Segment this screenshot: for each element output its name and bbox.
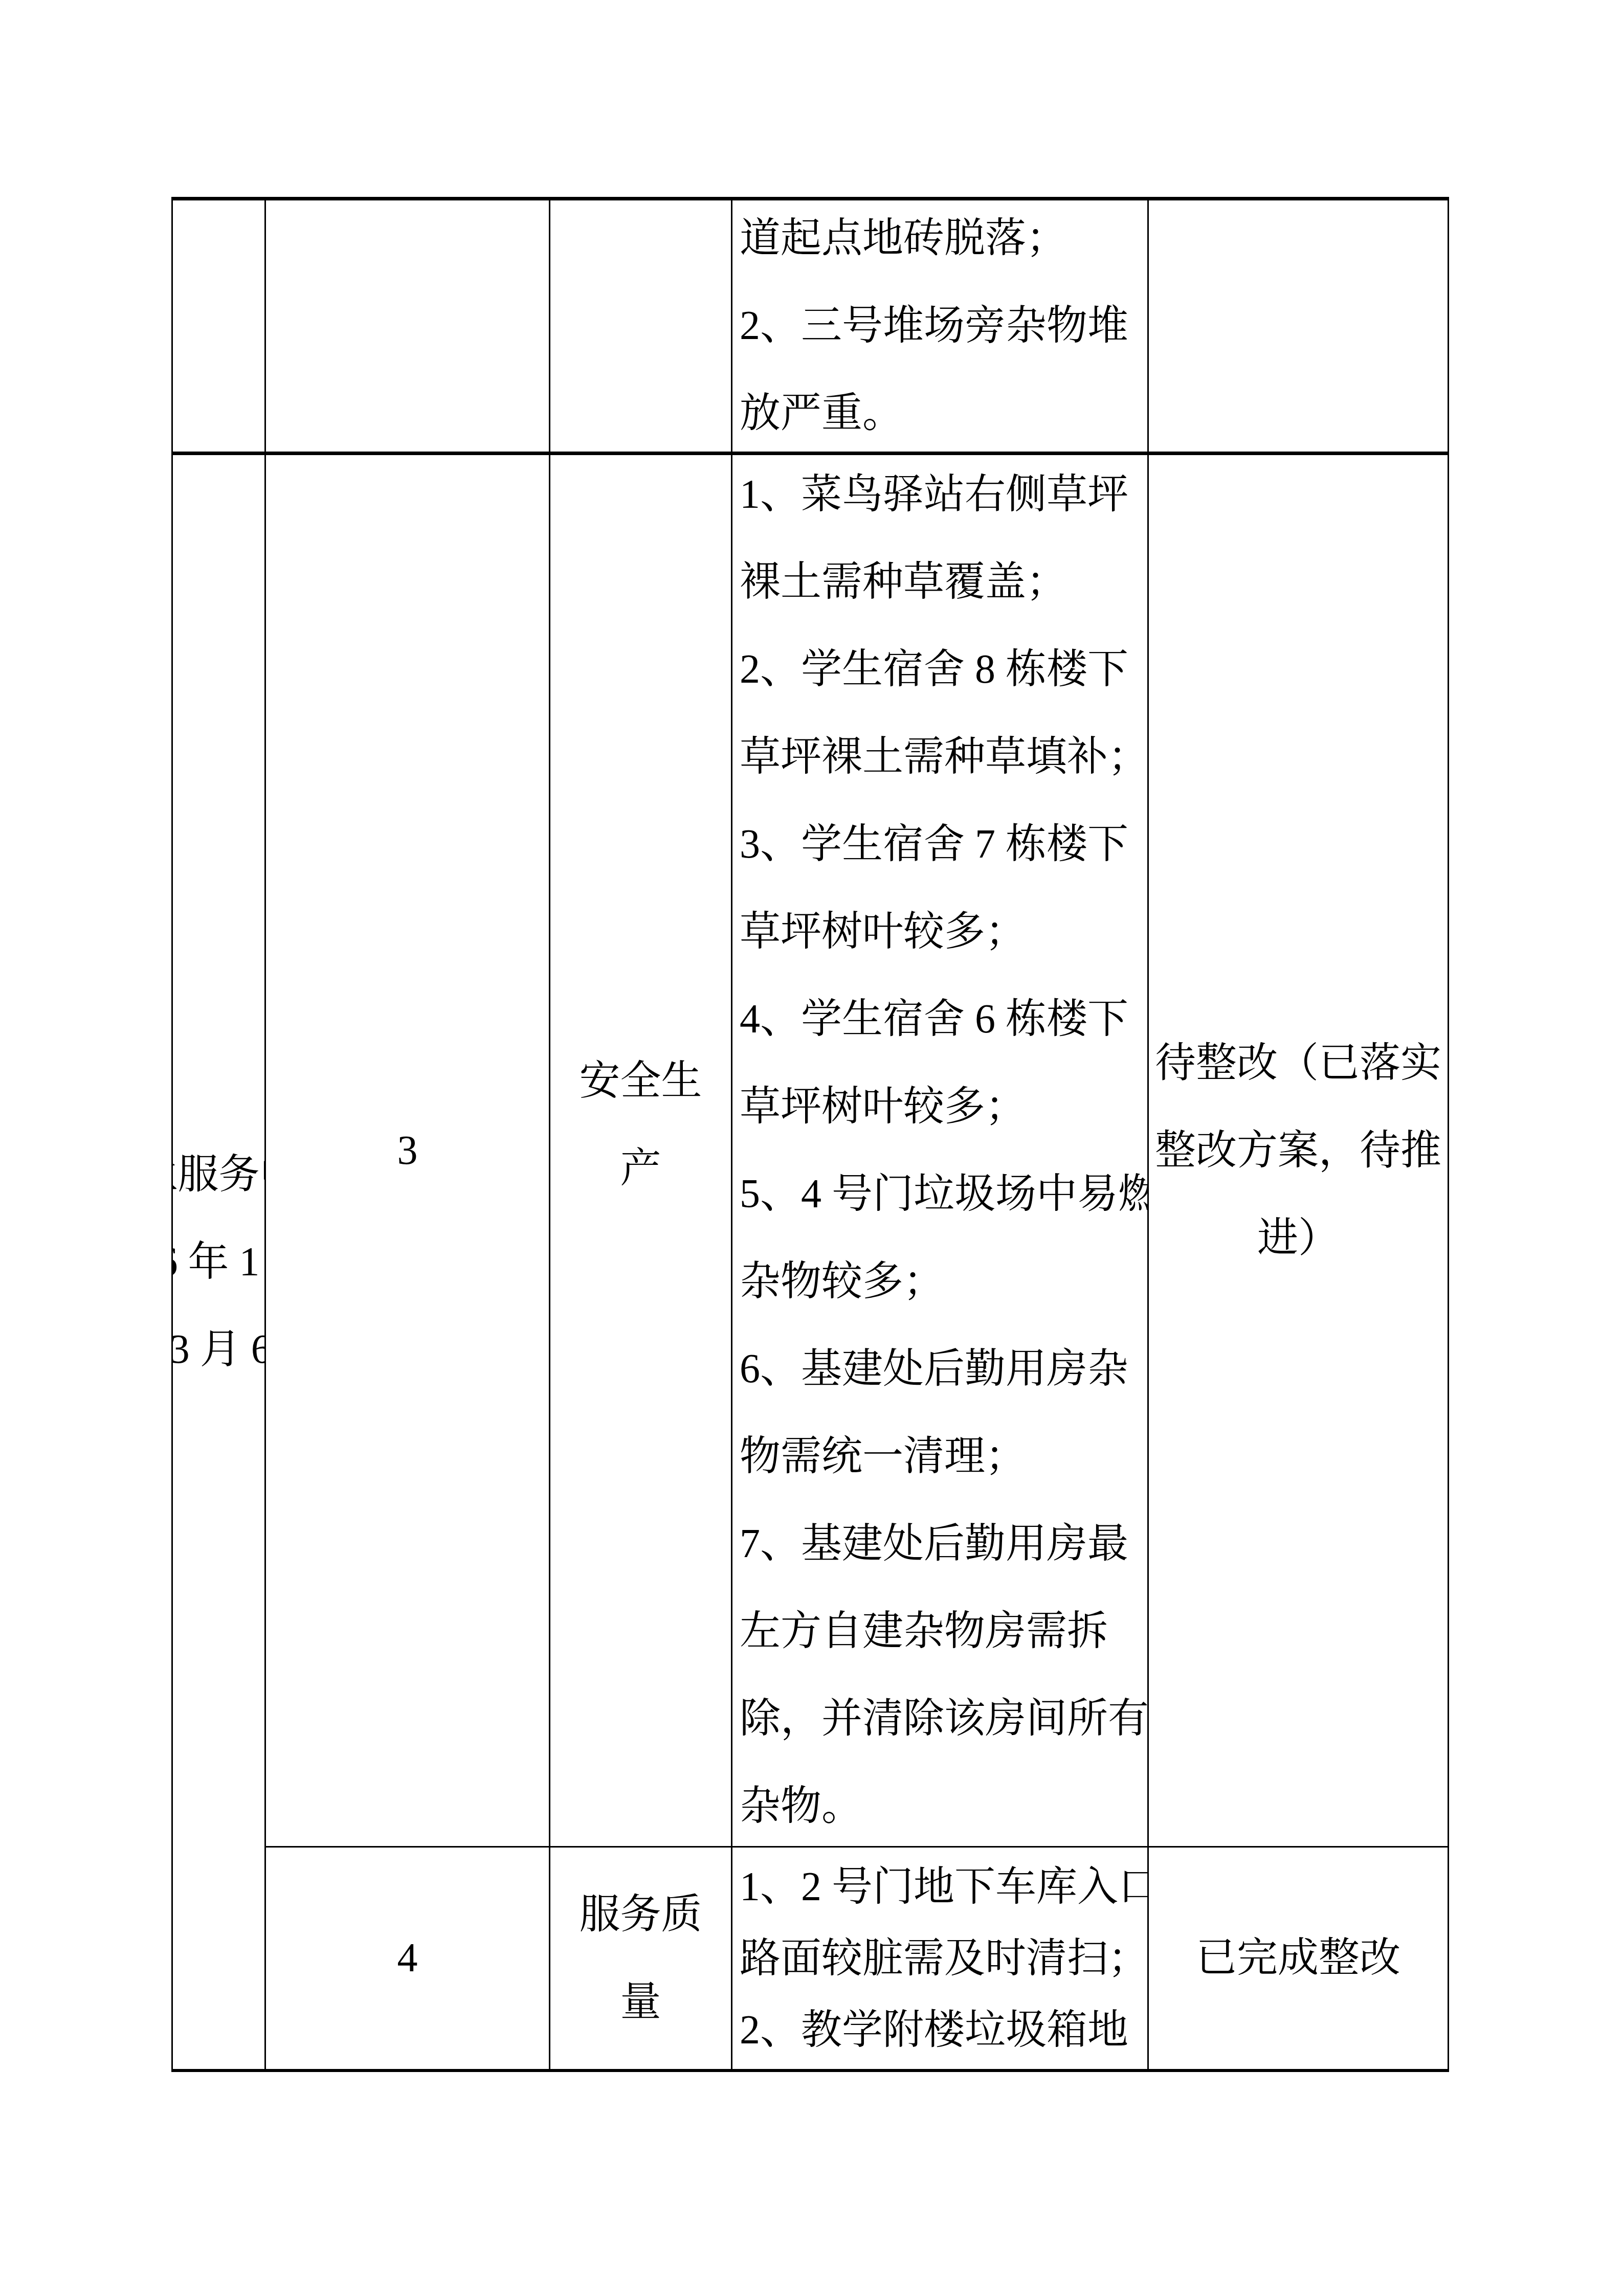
inspection-table: 道起点地砖脱落；2、三号堆场旁杂物堆放严重。 3 物业服务中心2026 年 1 … [171, 197, 1449, 2072]
text-line: 路面较脏需及时清扫； [740, 1923, 1141, 1994]
text-line: 2、学生宿舍 8 栋楼下 [740, 626, 1141, 713]
cell-unit-merged: 物业服务中心2026 年 1 月 1日-3 月 6 日 [173, 455, 266, 2069]
text-line: 草坪树叶较多； [740, 1063, 1141, 1151]
text-line: 草坪裸土需种草填补； [740, 713, 1141, 801]
cell-row3-status: 待整改（已落实整改方案，待推进） [1149, 455, 1448, 1848]
cell-row3-no: 3 [266, 455, 550, 1848]
text-line: 待整改（已落实 [1155, 1020, 1441, 1107]
text-line: 5、4 号门垃圾场中易燃 [740, 1151, 1141, 1238]
text-line: 服务质 [580, 1871, 702, 1959]
cell-row3-category: 安全生产 [550, 455, 732, 1848]
cell-row4-category: 服务质量 [550, 1848, 732, 2069]
text-line: 量 [620, 1959, 661, 2046]
text-line: 进） [1257, 1195, 1339, 1282]
text-line: 7、基建处后勤用房最 [740, 1500, 1141, 1588]
document-page: 道起点地砖脱落；2、三号堆场旁杂物堆放严重。 3 物业服务中心2026 年 1 … [0, 0, 1624, 2296]
text-line: 草坪树叶较多； [740, 888, 1141, 976]
text-line: 1、菜鸟驿站右侧草坪 [740, 455, 1141, 538]
text-line: 杂物较多； [740, 1238, 1141, 1325]
cell-row3-detail: 1、菜鸟驿站右侧草坪裸土需种草覆盖；2、学生宿舍 8 栋楼下草坪裸土需种草填补；… [732, 455, 1149, 1848]
text-line: 产 [620, 1125, 661, 1212]
text-line: 左方自建杂物房需拆 [740, 1588, 1141, 1675]
cell-rowcont-unit [266, 200, 550, 455]
text-line: 道起点地砖脱落； [740, 200, 1141, 282]
text-line: 物需统一清理； [740, 1413, 1141, 1500]
text-line: 除，并清除该房间所有 [740, 1675, 1141, 1763]
row-number: 3 [397, 1107, 418, 1195]
text-line: 日-3 月 6 日 [173, 1306, 266, 1393]
text-line: 1、2 号门地下车库入口 [740, 1851, 1141, 1923]
text-line: 裸土需种草覆盖； [740, 538, 1141, 626]
text-line: 杂物。 [740, 1763, 1141, 1848]
row-number: 4 [397, 1915, 418, 2002]
cell-row4-status: 已完成整改 [1149, 1848, 1448, 2069]
text-line: 安全生 [580, 1038, 702, 1125]
cell-row4-no: 4 [266, 1848, 550, 2069]
text-line: 3、学生宿舍 7 栋楼下 [740, 801, 1141, 888]
text-line: 物业服务中心 [173, 1131, 266, 1219]
text-line: 放严重。 [740, 370, 1141, 455]
cell-rowcont-category [550, 200, 732, 455]
text-line: 2、三号堆场旁杂物堆 [740, 282, 1141, 370]
cell-rowcont-status [1149, 200, 1448, 455]
text-line: 整改方案，待推 [1155, 1107, 1441, 1195]
cell-rowcont-detail: 道起点地砖脱落；2、三号堆场旁杂物堆放严重。 [732, 200, 1149, 455]
text-line: 2、教学附楼垃圾箱地 [740, 1994, 1141, 2066]
cell-row4-detail: 1、2 号门地下车库入口路面较脏需及时清扫；2、教学附楼垃圾箱地 [732, 1848, 1149, 2069]
text-line: 已完成整改 [1196, 1915, 1400, 2002]
text-line: 6、基建处后勤用房杂 [740, 1325, 1141, 1413]
text-line: 4、学生宿舍 6 栋楼下 [740, 976, 1141, 1063]
cell-rowcont-no [173, 200, 266, 455]
text-line: 2026 年 1 月 1 [173, 1219, 266, 1306]
